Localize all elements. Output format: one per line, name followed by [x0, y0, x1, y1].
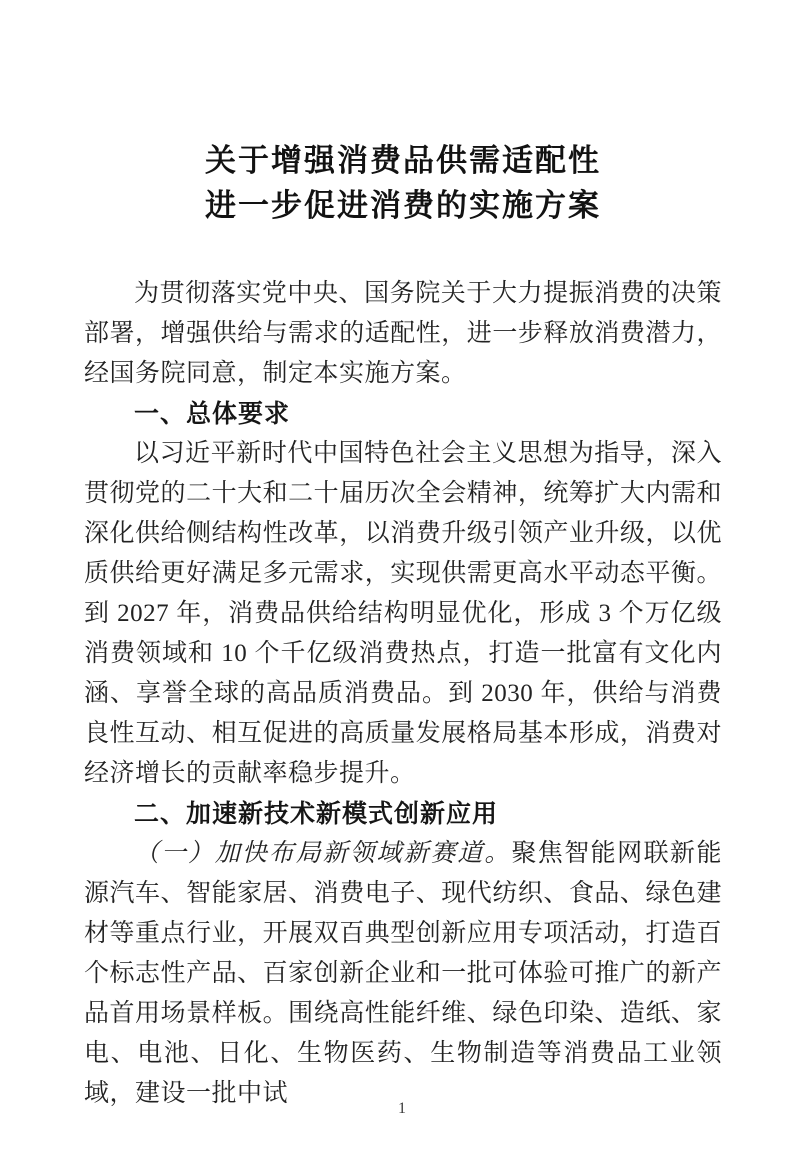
document-title-line-2: 进一步促进消费的实施方案 — [84, 183, 722, 228]
page-number: 1 — [0, 1100, 804, 1118]
section-2-item-1-lead: （一）加快布局新领域新赛道。 — [134, 840, 511, 867]
document-title-line-1: 关于增强消费品供需适配性 — [84, 138, 722, 183]
document-body: 为贯彻落实党中央、国务院关于大力提振消费的决策部署，增强供给与需求的适配性，进一… — [84, 274, 722, 1114]
section-1-paragraph: 以习近平新时代中国特色社会主义思想为指导，深入贯彻党的二十大和二十届历次全会精神… — [84, 434, 722, 794]
document-page: 关于增强消费品供需适配性 进一步促进消费的实施方案 为贯彻落实党中央、国务院关于… — [0, 0, 804, 1158]
section-2-item-1: （一）加快布局新领域新赛道。聚焦智能网联新能源汽车、智能家居、消费电子、现代纺织… — [84, 834, 722, 1114]
section-2-heading: 二、加速新技术新模式创新应用 — [84, 794, 722, 834]
section-2-item-1-text: 聚焦智能网联新能源汽车、智能家居、消费电子、现代纺织、食品、绿色建材等重点行业，… — [84, 840, 722, 1107]
document-title: 关于增强消费品供需适配性 进一步促进消费的实施方案 — [84, 138, 722, 228]
section-1-heading: 一、总体要求 — [84, 394, 722, 434]
intro-paragraph: 为贯彻落实党中央、国务院关于大力提振消费的决策部署，增强供给与需求的适配性，进一… — [84, 274, 722, 394]
